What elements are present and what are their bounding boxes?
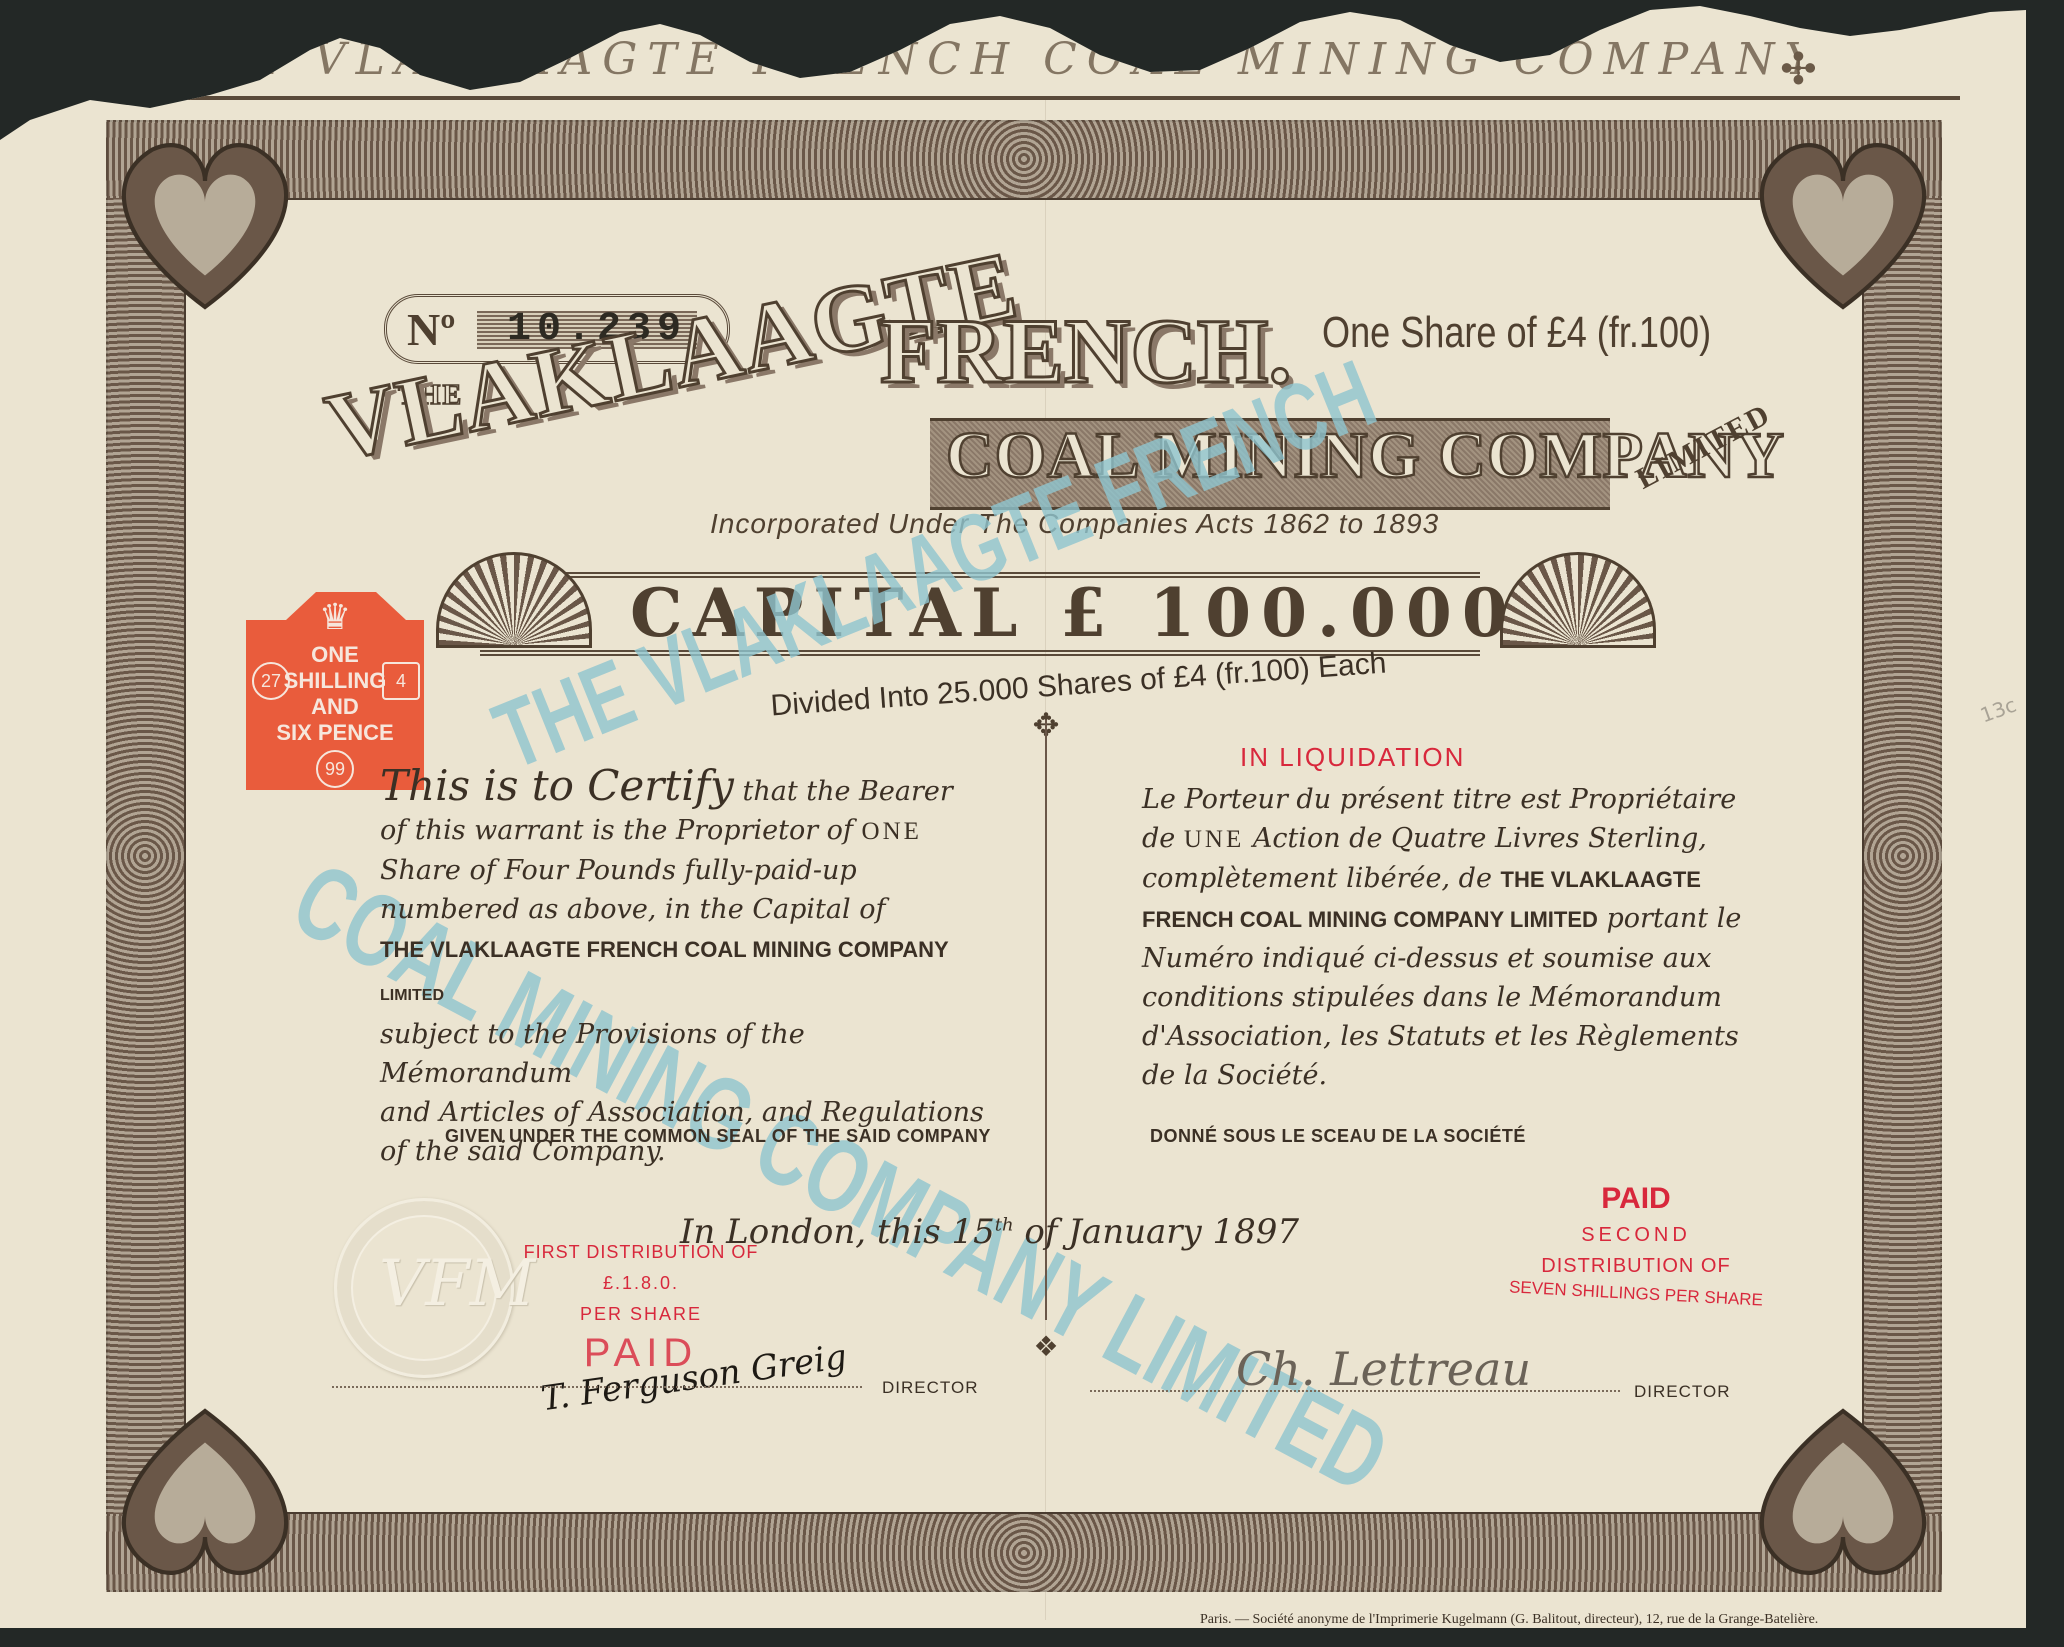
text: of this warrant is the Proprietor of (380, 815, 862, 846)
stamp-line: AND (246, 694, 424, 720)
director-signature-right: Ch. Lettreau (1236, 1342, 1531, 1396)
text: portant le (1598, 903, 1741, 934)
french-certification: Le Porteur du présent titre est Propriét… (1142, 780, 1782, 1095)
text: de la Société. (1142, 1056, 1782, 1095)
signature-line-right (1090, 1390, 1620, 1392)
text: subject to the Provisions of the Mémoran… (380, 1015, 1000, 1093)
stamp-line: PAID (1486, 1182, 1786, 1216)
stamp-line: DISTRIBUTION OF (1486, 1255, 1786, 1278)
company-limited: LIMITED (380, 987, 444, 1004)
crown-icon: ♛ (308, 598, 362, 636)
text: Le Porteur du présent titre est Propriét… (1142, 780, 1782, 819)
text: Action de Quatre Livres Sterling, (1244, 823, 1707, 854)
in-liquidation-stamp: IN LIQUIDATION (1240, 742, 1465, 773)
text: Share of Four Pounds fully-paid-up (380, 851, 1000, 890)
english-certification: This is to Certify that the Bearer of th… (380, 766, 1000, 1171)
printer-imprint: Paris. — Société anonyme de l'Imprimerie… (1200, 1612, 1818, 1628)
text: de (1142, 823, 1184, 854)
certify-heading: This is to Certify (380, 761, 734, 810)
top-banner-script: THE VLAKLAAGTE FRENCH COAL MINING COMPAN… (160, 34, 1800, 85)
embossed-company-seal: VFM (334, 1198, 514, 1378)
place-and-date: In London, this 15th of January 1897 (680, 1212, 1299, 1252)
border-pattern-bottom (106, 1514, 1942, 1592)
seal-monogram: VFM (379, 1239, 469, 1329)
company-name: FRENCH COAL MINING COMPANY LIMITED (1142, 907, 1598, 932)
text: that the Bearer (734, 776, 953, 807)
certificate-paper: ✣ THE VLAKLAAGTE FRENCH COAL MINING COMP… (0, 0, 2026, 1628)
share-count: UNE (1184, 826, 1244, 853)
stamp-line: FIRST DISTRIBUTION OF (516, 1242, 766, 1263)
stamp-line: SHILLING (246, 668, 424, 694)
share-denomination: One Share of £4 (fr.100) (1322, 308, 1711, 358)
company-name: THE VLAKLAAGTE FRENCH COAL MINING COMPAN… (380, 937, 949, 962)
share-count: ONE (862, 818, 922, 845)
text: d'Association, les Statuts et les Règlem… (1142, 1017, 1782, 1056)
given-under-seal: GIVEN UNDER THE COMMON SEAL OF THE SAID … (445, 1126, 991, 1147)
heart-corner-ornament-icon (1738, 118, 1948, 328)
text: conditions stipulées dans le Mémorandum (1142, 978, 1782, 1017)
stamp-value-text: ONE SHILLING AND SIX PENCE (246, 642, 424, 746)
heart-corner-ornament-icon (100, 118, 310, 328)
stamp-line: PER SHARE (516, 1304, 766, 1325)
text: numbered as above, in the Capital of (380, 890, 1000, 929)
stamp-bottom-number: 99 (316, 750, 354, 788)
border-pattern-top (106, 120, 1942, 198)
pencil-annotation: 13c (1977, 692, 2019, 727)
flourish-left-icon: ✣ (110, 44, 147, 95)
border-pattern-right (1864, 198, 1942, 1514)
director-label-left: DIRECTOR (882, 1378, 978, 1398)
date-ordinal: th (995, 1215, 1014, 1236)
bottom-center-ornament-icon: ❖ (1028, 1330, 1064, 1366)
heart-corner-ornament-icon (100, 1390, 310, 1600)
signature-line-left (332, 1386, 862, 1388)
date-rest: of January 1897 (1014, 1212, 1299, 1252)
stamp-line: ONE (246, 642, 424, 668)
stamp-line: SECOND (1486, 1224, 1786, 1247)
stamp-line: SIX PENCE (246, 720, 424, 746)
text: complètement libérée, de (1142, 863, 1501, 894)
donne-sous-sceau: DONNÉ SOUS LE SCEAU DE LA SOCIÉTÉ (1150, 1126, 1526, 1147)
company-name: THE VLAKLAAGTE (1501, 867, 1701, 892)
text: Numéro indiqué ci-dessus et soumise aux (1142, 939, 1782, 978)
heart-corner-ornament-icon (1738, 1390, 1948, 1600)
director-label-right: DIRECTOR (1634, 1382, 1730, 1402)
flourish-right-icon: ✣ (1780, 44, 1817, 95)
second-distribution-stamp: PAID SECOND DISTRIBUTION OF SEVEN SHILLI… (1486, 1182, 1786, 1304)
stamp-line: £.1.8.0. (516, 1273, 766, 1294)
border-pattern-left (106, 198, 184, 1514)
top-rule (100, 96, 1960, 100)
